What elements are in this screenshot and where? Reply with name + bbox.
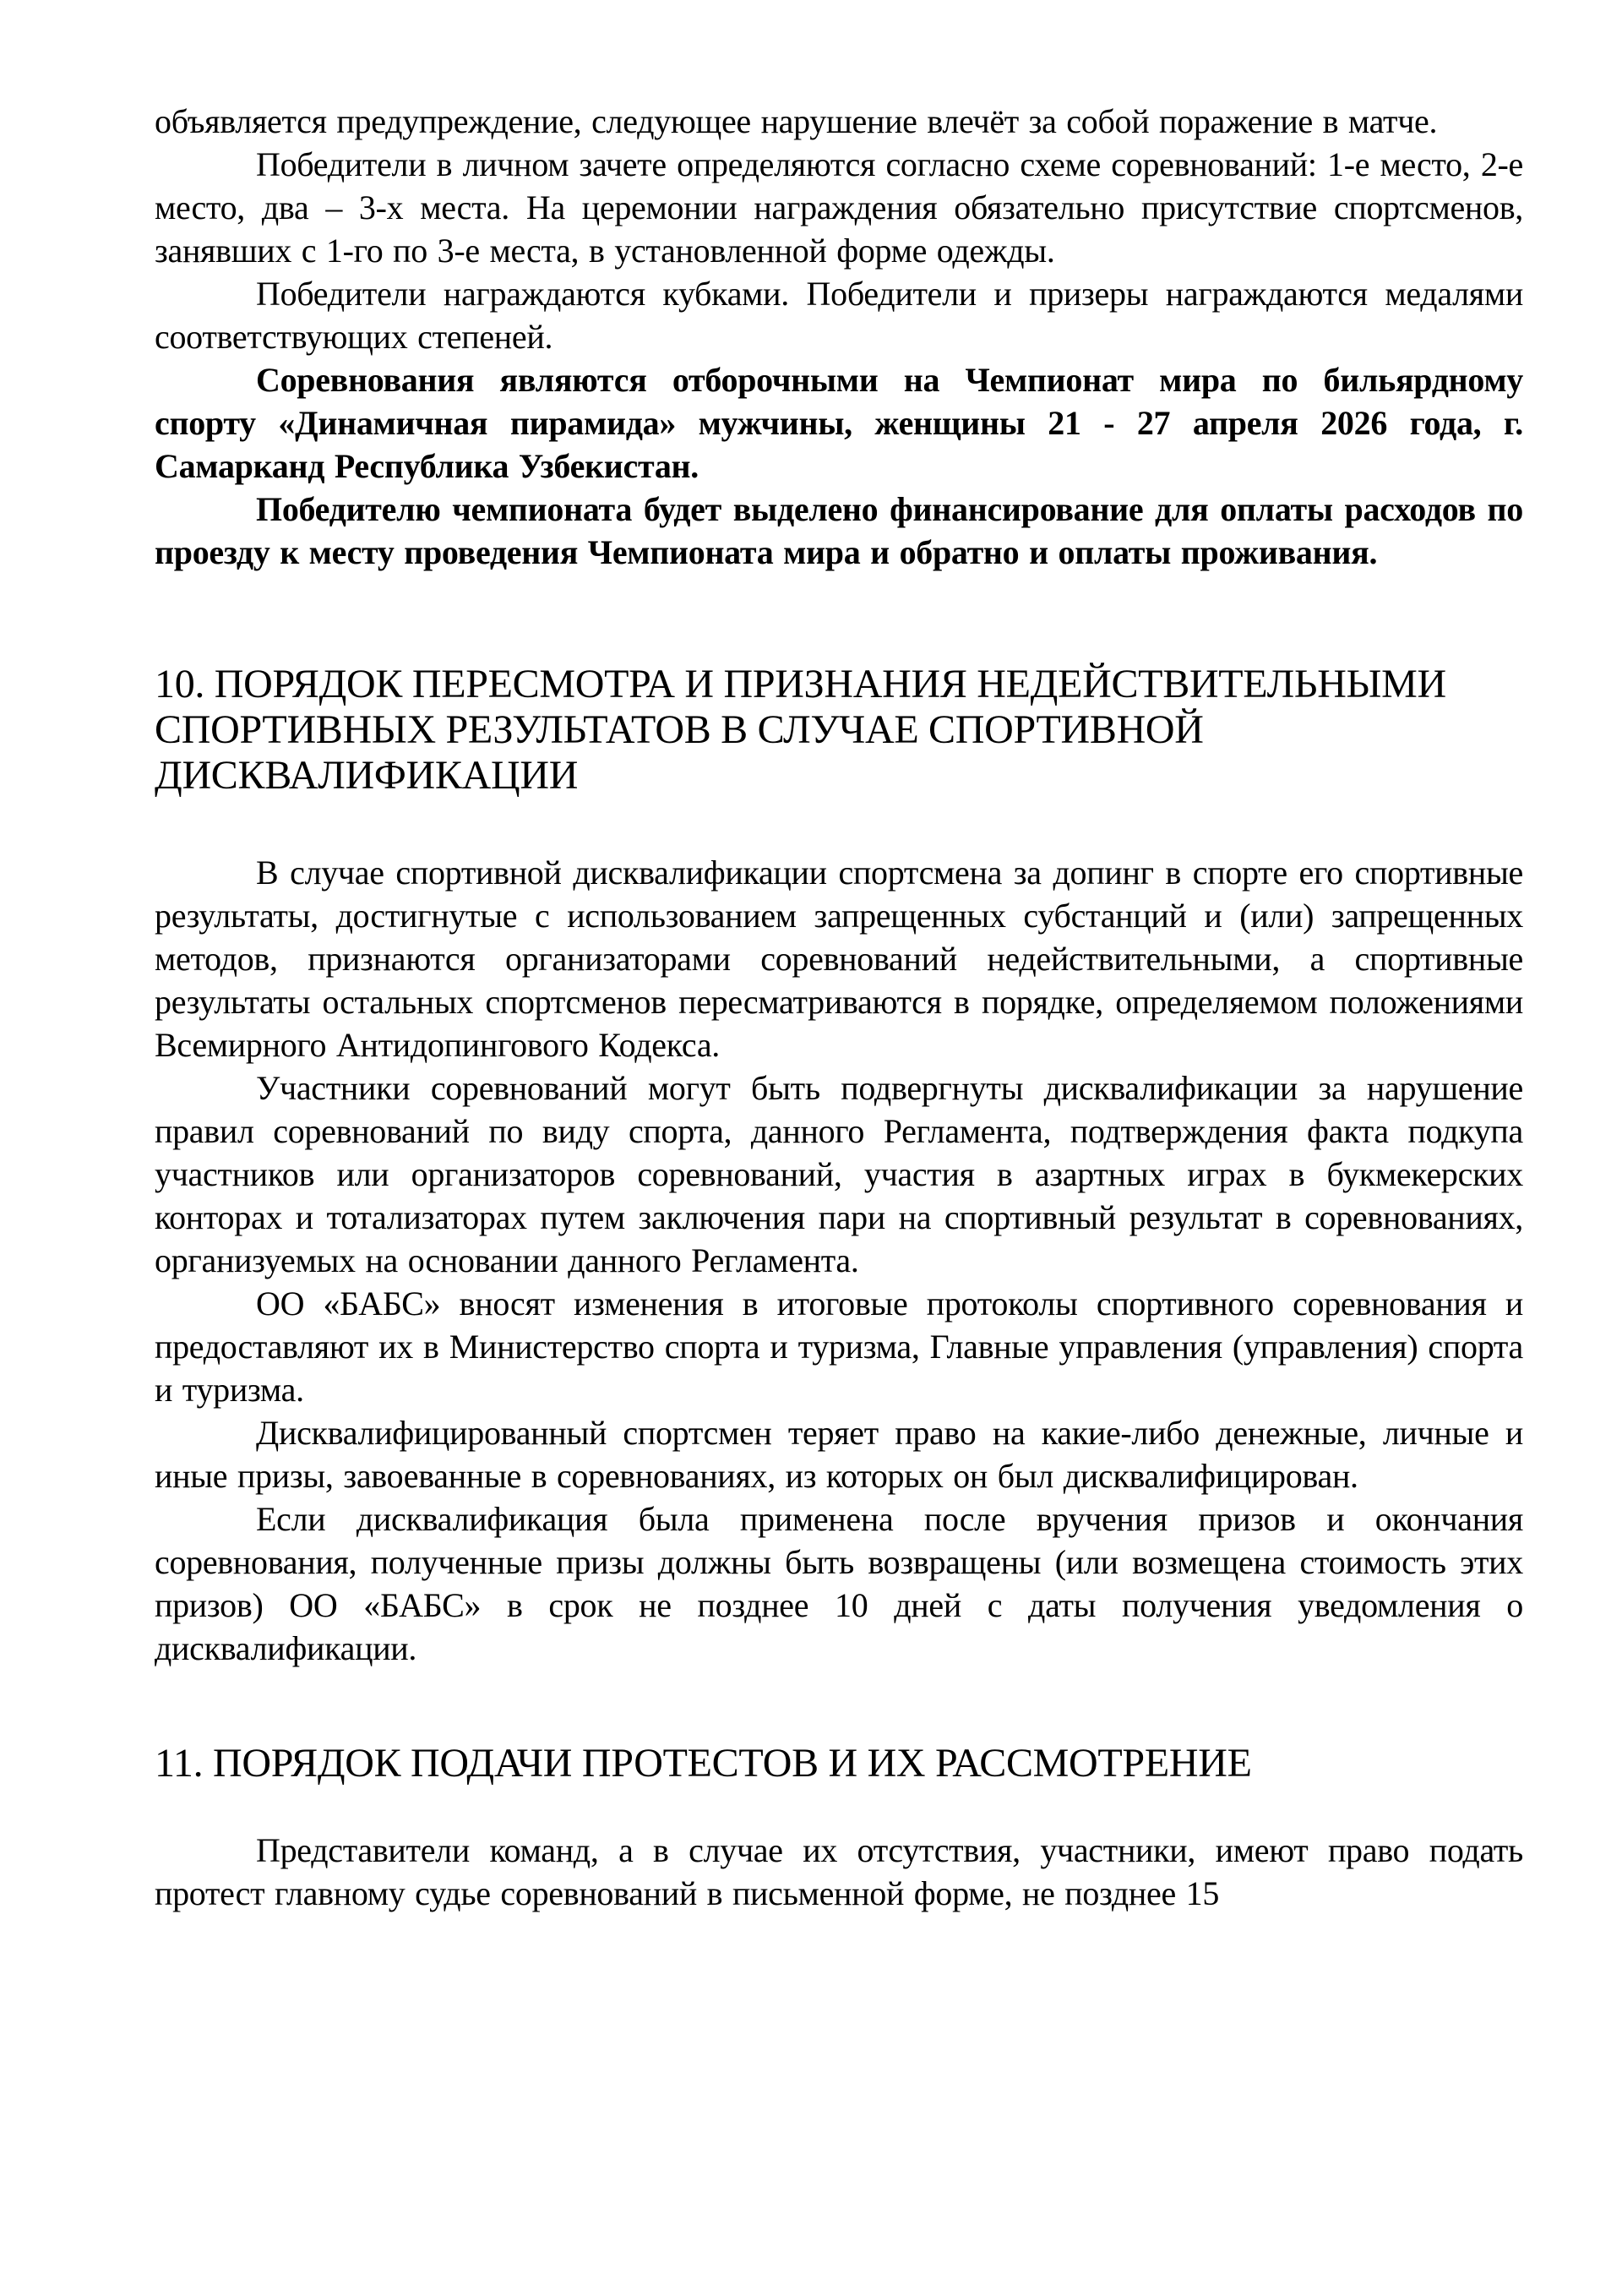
document-page: объявляется предупреждение, следующее на…	[0, 0, 1622, 2296]
paragraph: Победители в личном зачете определяются …	[155, 143, 1523, 272]
paragraph: Участники соревнований могут быть подвер…	[155, 1066, 1523, 1282]
paragraph: В случае спортивной дисквалификации спор…	[155, 851, 1523, 1066]
section-heading-10: 10. ПОРЯДОК ПЕРЕСМОТРА И ПРИЗНАНИЯ НЕДЕЙ…	[155, 662, 1523, 799]
paragraph: Дисквалифицированный спортсмен теряет пр…	[155, 1411, 1523, 1497]
paragraph: Победители награждаются кубками. Победит…	[155, 272, 1523, 358]
paragraph: ОО «БАБС» вносят изменения в итоговые пр…	[155, 1282, 1523, 1411]
paragraph-continuation: объявляется предупреждение, следующее на…	[155, 100, 1523, 143]
paragraph-bold: Победителю чемпионата будет выделено фин…	[155, 488, 1523, 574]
paragraph: Представители команд, а в случае их отсу…	[155, 1829, 1523, 1915]
section-heading-11: 11. ПОРЯДОК ПОДАЧИ ПРОТЕСТОВ И ИХ РАССМО…	[155, 1741, 1523, 1786]
paragraph: Если дисквалификация была применена посл…	[155, 1497, 1523, 1670]
paragraph-bold: Соревнования являются отборочными на Чем…	[155, 358, 1523, 488]
